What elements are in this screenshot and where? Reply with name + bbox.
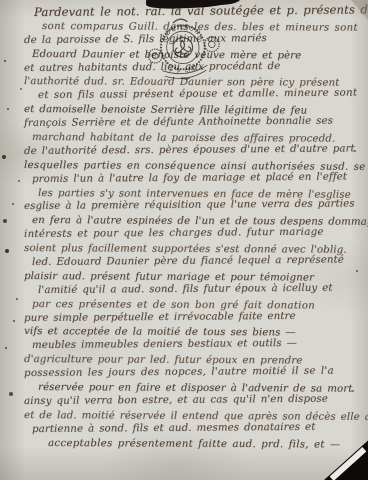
manuscript-line: et son fils aussi présent épouse et daml…: [38, 87, 366, 103]
manuscript-line: ainsy qu'il verra bon estre, et au cas q…: [24, 392, 366, 409]
fiscal-stamp-graphic: DE LYON P. P. SOL: [139, 11, 228, 87]
paper-ink-specks: [4, 60, 6, 62]
manuscript-line: promis l'un à l'autre la foy de mariage …: [32, 170, 366, 187]
manuscript-line: françois Serrière et de défunte Anthoine…: [24, 114, 366, 131]
fiscal-stamp: DE LYON P. P. SOL: [139, 11, 228, 87]
manuscript-page: Pardevant le not. ral. la val soutégée e…: [0, 0, 368, 480]
manuscript-line: intérests et pour que les charges dud. f…: [24, 226, 366, 243]
scan-artifact-bottom-right-corner: [318, 434, 368, 480]
manuscript-line: esglise à la première réquisition que l'…: [24, 198, 366, 215]
fleur-de-lis-icon: [174, 39, 191, 54]
manuscript-line: l'amitié qu'il a aud. sond. fils futur é…: [38, 281, 366, 297]
manuscript-line: de l'authorité desd. srs. pères épouses …: [24, 142, 366, 159]
manuscript-line: led. Edouard Daunier père du fiancé lequ…: [32, 253, 366, 270]
manuscript-line: meubles immeubles deniers bestiaux et ou…: [32, 337, 366, 354]
manuscript-line: pure simple perpétuelle et irrévocable f…: [24, 309, 366, 326]
manuscript-line: possession les jours des nopces, l'autre…: [24, 364, 366, 381]
manuscript-line: partienne à sond. fils et aud. mesmes do…: [32, 420, 366, 437]
